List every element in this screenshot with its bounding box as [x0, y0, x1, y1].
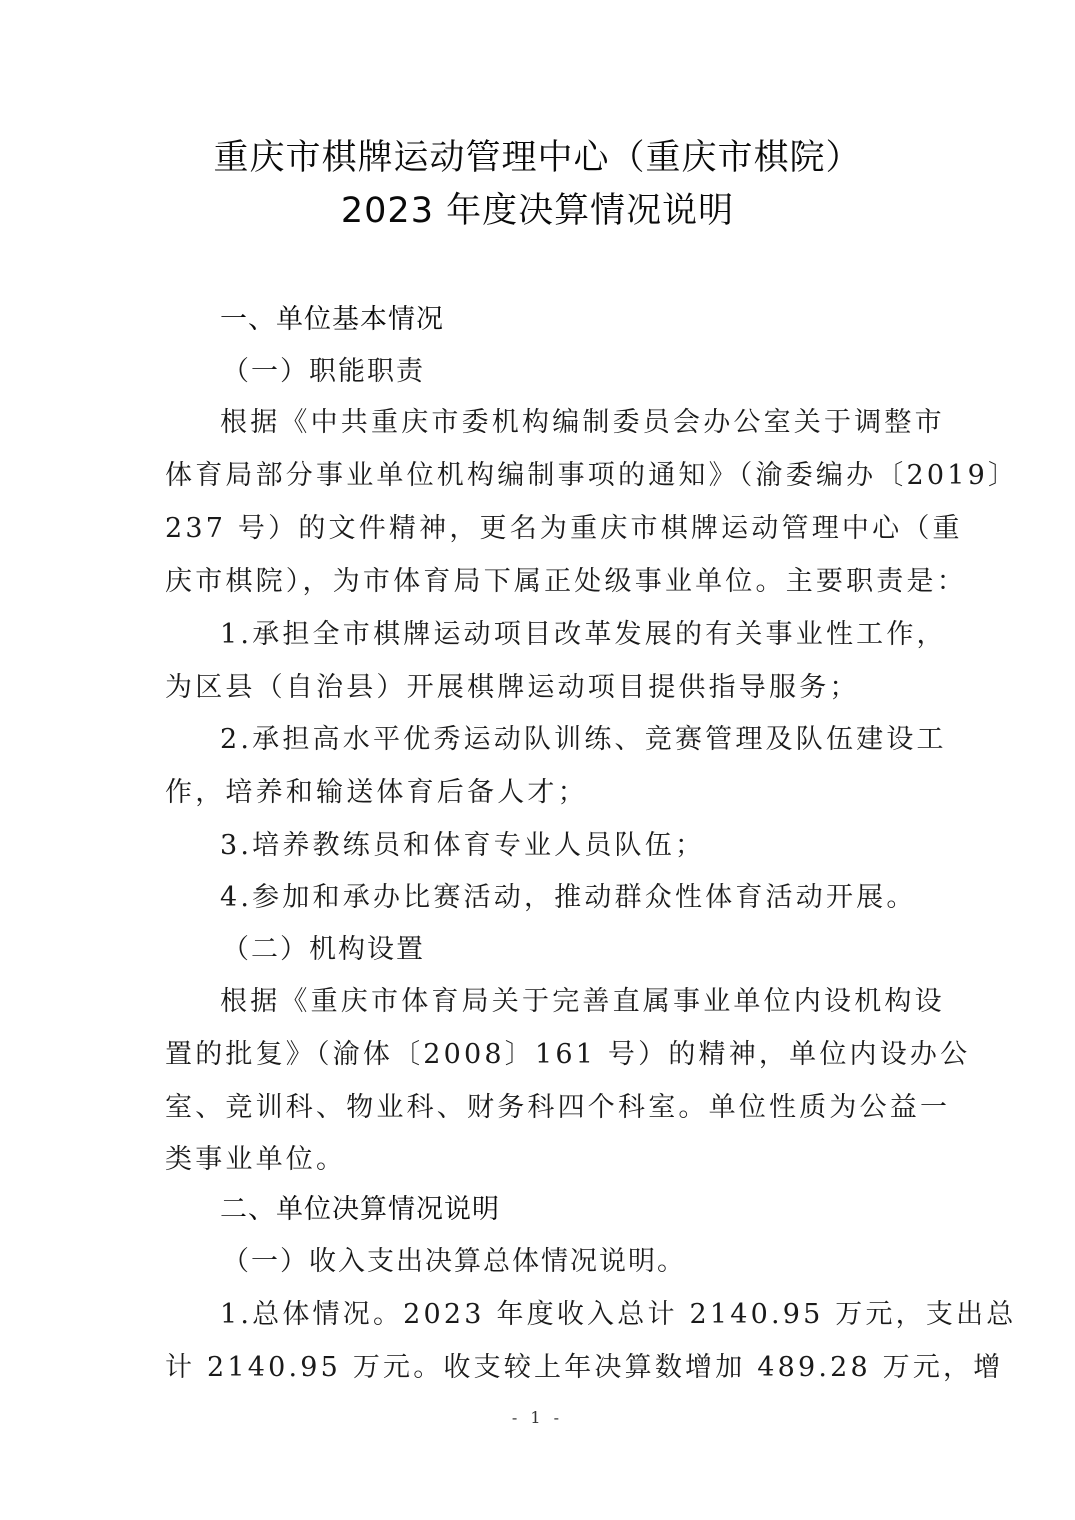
- duty-item-4: 4.参加和承办比赛活动，推动群众性体育活动开展。: [220, 880, 970, 916]
- duty-item-3: 3.培养教练员和体育专业人员队伍；: [220, 828, 970, 864]
- paragraph-line: 庆市棋院），为市体育局下属正处级事业单位。主要职责是：: [165, 564, 915, 600]
- duty-item-1-cont: 为区县（自治县）开展棋牌运动项目提供指导服务；: [165, 670, 915, 706]
- duty-item-2: 2.承担高水平优秀运动队训练、竞赛管理及队伍建设工: [220, 722, 970, 758]
- document-page: 重庆市棋牌运动管理中心（重庆市棋院） 2023 年度决算情况说明 一、单位基本情…: [0, 0, 1075, 1520]
- subsection-heading-income-expense: （一）收入支出决算总体情况说明。: [222, 1244, 972, 1280]
- section-heading-final-accounts: 二、单位决算情况说明: [220, 1192, 970, 1228]
- duty-item-2-cont: 作，培养和输送体育后备人才；: [165, 775, 915, 811]
- paragraph-line: 根据《中共重庆市委机构编制委员会办公室关于调整市: [220, 405, 970, 441]
- section-heading-basic-info: 一、单位基本情况: [220, 302, 970, 338]
- paragraph-line: 1.总体情况。2023 年度收入总计 2140.95 万元，支出总: [220, 1297, 970, 1333]
- paragraph-line: 置的批复》（渝体〔2008〕161 号）的精神，单位内设办公: [165, 1037, 915, 1073]
- paragraph-line: 根据《重庆市体育局关于完善直属事业单位内设机构设: [220, 984, 970, 1020]
- page-number: - 1 -: [0, 1408, 1075, 1427]
- paragraph-line: 室、竞训科、物业科、财务科四个科室。单位性质为公益一: [165, 1090, 915, 1126]
- document-title-line-1: 重庆市棋牌运动管理中心（重庆市棋院）: [0, 138, 1075, 178]
- subsection-heading-duties: （一）职能职责: [222, 354, 972, 390]
- paragraph-line: 体育局部分事业单位机构编制事项的通知》（渝委编办〔2019〕: [165, 458, 915, 494]
- paragraph-line: 类事业单位。: [165, 1142, 915, 1178]
- subsection-heading-organization: （二）机构设置: [222, 932, 972, 968]
- document-title-line-2: 2023 年度决算情况说明: [0, 191, 1075, 231]
- paragraph-line: 237 号）的文件精神，更名为重庆市棋牌运动管理中心（重: [165, 511, 915, 547]
- paragraph-line: 计 2140.95 万元。收支较上年决算数增加 489.28 万元，增: [165, 1350, 915, 1386]
- duty-item-1: 1.承担全市棋牌运动项目改革发展的有关事业性工作，: [220, 617, 970, 653]
